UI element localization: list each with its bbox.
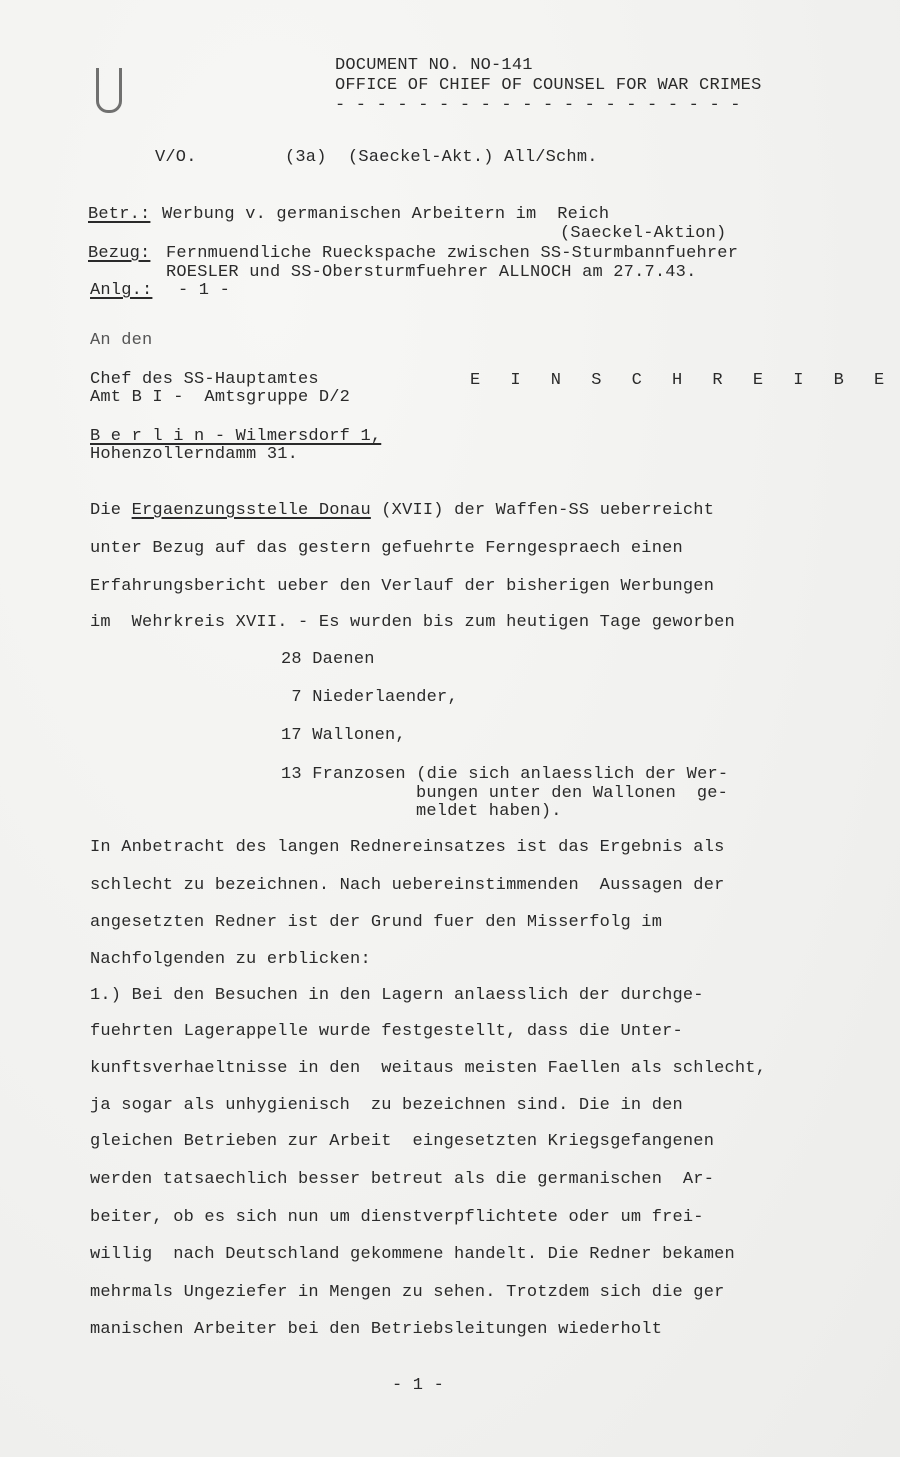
header-divider: - - - - - - - - - - - - - - - - - - - - xyxy=(335,96,741,115)
body-para-2-line: Nachfolgenden zu erblicken: xyxy=(90,950,371,970)
count-label: Wallonen, xyxy=(312,726,406,745)
para1-underlined-unit: Ergaenzungsstelle Donau xyxy=(132,501,371,520)
body-para-3-line: ja sogar als unhygienisch zu bezeichnen … xyxy=(90,1096,683,1116)
body-para-1-line: unter Bezug auf das gestern gefuehrte Fe… xyxy=(90,539,683,559)
body-para-3-line: fuehrten Lagerappelle wurde festgestellt… xyxy=(90,1022,683,1042)
document-page: DOCUMENT NO. NO-141 OFFICE OF CHIEF OF C… xyxy=(0,0,900,1457)
count-continuation: meldet haben). xyxy=(416,802,562,822)
registered-stamp: E I N S C H R E I B E N xyxy=(470,371,900,391)
document-number: DOCUMENT NO. NO-141 xyxy=(335,56,533,76)
margin-handwritten-mark xyxy=(96,68,122,113)
body-para-3-line: willig nach Deutschland gekommene handel… xyxy=(90,1245,735,1265)
body-para-3-line: 1.) Bei den Besuchen in den Lagern anlae… xyxy=(90,986,704,1006)
anlage-text: - 1 - xyxy=(178,281,230,301)
address-line-1: Chef des SS-Hauptamtes xyxy=(90,370,319,390)
bezug-line-1: Fernmuendliche Rueckspache zwischen SS-S… xyxy=(166,244,738,264)
count-item: 7 Niederlaender, xyxy=(281,688,458,708)
office-header: OFFICE OF CHIEF OF COUNSEL FOR WAR CRIME… xyxy=(335,76,761,96)
body-para-1-line: im Wehrkreis XVII. - Es wurden bis zum h… xyxy=(90,613,735,633)
anlage-label: Anlg.: xyxy=(90,281,152,301)
body-para-3-line: mehrmals Ungeziefer in Mengen zu sehen. … xyxy=(90,1283,725,1303)
page-number: - 1 - xyxy=(392,1376,444,1396)
body-para-3-line: kunftsverhaeltnisse in den weitaus meist… xyxy=(90,1059,766,1079)
betr-label: Betr.: xyxy=(88,205,150,225)
address-salutation: An den xyxy=(90,331,152,351)
ref-subject: (Saeckel-Akt.) All/Schm. xyxy=(348,148,598,168)
ref-number: (3a) xyxy=(285,148,327,168)
count-item: 13 Franzosen (die sich anlaesslich der W… xyxy=(281,765,728,785)
para1-rest: (XVII) der Waffen-SS ueberreicht xyxy=(371,501,714,520)
count-number: 17 xyxy=(281,726,302,745)
betr-text: Werbung v. germanischen Arbeitern im Rei… xyxy=(162,205,609,225)
body-para-2-line: schlecht zu bezeichnen. Nach uebereinsti… xyxy=(90,876,725,896)
count-number: 13 xyxy=(281,765,302,784)
bezug-line-2: ROESLER und SS-Obersturmfuehrer ALLNOCH … xyxy=(166,263,697,283)
body-para-3-line: werden tatsaechlich besser betreut als d… xyxy=(90,1170,714,1190)
address-city: B e r l i n - Wilmersdorf 1, xyxy=(90,427,381,447)
count-number: 28 xyxy=(281,650,302,669)
body-para-1-first-line: Die Ergaenzungsstelle Donau (XVII) der W… xyxy=(90,501,714,521)
count-label: Niederlaender, xyxy=(312,688,458,707)
body-para-2-line: In Anbetracht des langen Rednereinsatzes… xyxy=(90,838,725,858)
ref-code: V/O. xyxy=(155,148,197,168)
address-street: Hohenzollerndamm 31. xyxy=(90,445,298,465)
body-para-3-line: manischen Arbeiter bei den Betriebsleitu… xyxy=(90,1320,662,1340)
count-continuation: bungen unter den Wallonen ge- xyxy=(416,784,728,804)
count-label: Daenen xyxy=(312,650,374,669)
count-number: 7 xyxy=(281,688,302,707)
body-para-3-line: beiter, ob es sich nun um dienstverpflic… xyxy=(90,1208,704,1228)
betr-subtext: (Saeckel-Aktion) xyxy=(560,224,726,244)
address-line-2: Amt B I - Amtsgruppe D/2 xyxy=(90,388,350,408)
body-para-3-line: gleichen Betrieben zur Arbeit eingesetzt… xyxy=(90,1132,714,1152)
para1-lead: Die xyxy=(90,501,132,520)
count-label: Franzosen (die sich anlaesslich der Wer- xyxy=(312,765,728,784)
count-item: 28 Daenen xyxy=(281,650,375,670)
count-item: 17 Wallonen, xyxy=(281,726,406,746)
body-para-2-line: angesetzten Redner ist der Grund fuer de… xyxy=(90,913,662,933)
body-para-1-line: Erfahrungsbericht ueber den Verlauf der … xyxy=(90,577,714,597)
bezug-label: Bezug: xyxy=(88,244,150,264)
